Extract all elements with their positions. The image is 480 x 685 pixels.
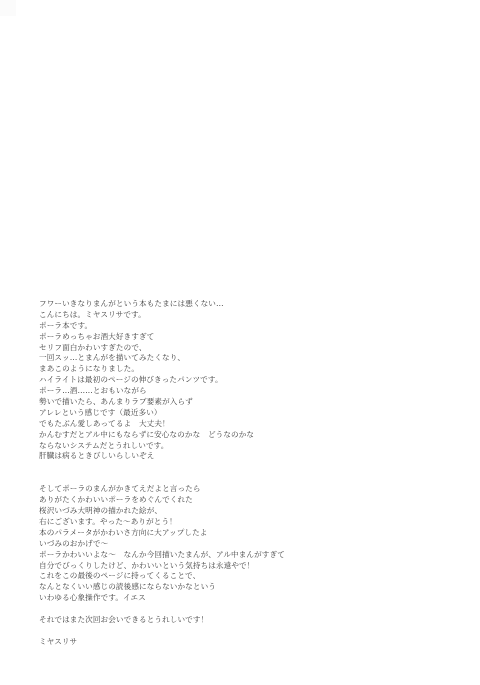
- text-line: かんむすだとアル中にもならずに安心なのかな どうなのかな: [39, 430, 459, 441]
- text-line: 本のパラメータがかわいさ方向に大アップしたよ: [39, 528, 459, 539]
- paragraph-spacer: [39, 604, 459, 615]
- text-line: ポーラめっちゃお酒大好きすぎて: [39, 332, 459, 343]
- text-line: でもたぶん愛しあってるよ 大丈夫！: [39, 419, 459, 430]
- afterword-paragraph-1: フワーいきなりまんがという本もたまには悪くない… こんにちは。ミヤスリサです。 …: [39, 299, 459, 462]
- text-line: ポーラかわいいよな〜 なんか今回描いたまんが、アル中まんがすぎて: [39, 550, 459, 561]
- text-line: ハイライトは最初のページの伸びきったパンツです。: [39, 375, 459, 386]
- afterword-page: フワーいきなりまんがという本もたまには悪くない… こんにちは。ミヤスリサです。 …: [0, 0, 480, 685]
- text-line: いわゆる心象操作です。イエス: [39, 593, 459, 604]
- text-line: こんにちは。ミヤスリサです。: [39, 310, 459, 321]
- text-line: ポーラ本です。: [39, 321, 459, 332]
- text-line: 桜沢いづみ大明神の描かれた絵が、: [39, 506, 459, 517]
- text-line: なんとなくいい感じの読後感にならないかなという: [39, 582, 459, 593]
- closing-line: それではまた次回お会いできるとうれしいです！: [39, 615, 459, 626]
- paragraph-spacer: [39, 462, 459, 484]
- text-line: 自分でびっくりしたけど、かわいいという気持ちは永遠やで！: [39, 561, 459, 572]
- text-line: ならないシステムだとうれしいです。: [39, 441, 459, 452]
- text-line: そしてポーラのまんがかきてえだよと言ったら: [39, 484, 459, 495]
- scan-corner-mark: [0, 0, 16, 16]
- text-line: 肝臓は病るときびしいらしいぞえ: [39, 451, 459, 462]
- text-line: 右にございます。やった〜ありがとう！: [39, 517, 459, 528]
- afterword-text: フワーいきなりまんがという本もたまには悪くない… こんにちは。ミヤスリサです。 …: [39, 299, 459, 648]
- text-line: アレレという感じです（最近多い）: [39, 408, 459, 419]
- text-line: 一回スッ…とまんがを描いてみたくなり、: [39, 353, 459, 364]
- text-line: ポーラ…酒……とおもいながら: [39, 386, 459, 397]
- text-line: ありがたくかわいいポーラをめぐんでくれた: [39, 495, 459, 506]
- text-line: セリフ面白かわいすぎたので、: [39, 343, 459, 354]
- text-line: フワーいきなりまんがという本もたまには悪くない…: [39, 299, 459, 310]
- text-line: いづみのおかげで〜: [39, 539, 459, 550]
- text-line: まあこのようになりました。: [39, 364, 459, 375]
- paragraph-spacer: [39, 626, 459, 637]
- author-signature: ミヤスリサ: [39, 637, 459, 648]
- text-line: これをこの最後のページに持ってくることで、: [39, 571, 459, 582]
- afterword-paragraph-2: そしてポーラのまんがかきてえだよと言ったら ありがたくかわいいポーラをめぐんでく…: [39, 484, 459, 604]
- text-line: 勢いで描いたら、あんまりラブ要素が入らず: [39, 397, 459, 408]
